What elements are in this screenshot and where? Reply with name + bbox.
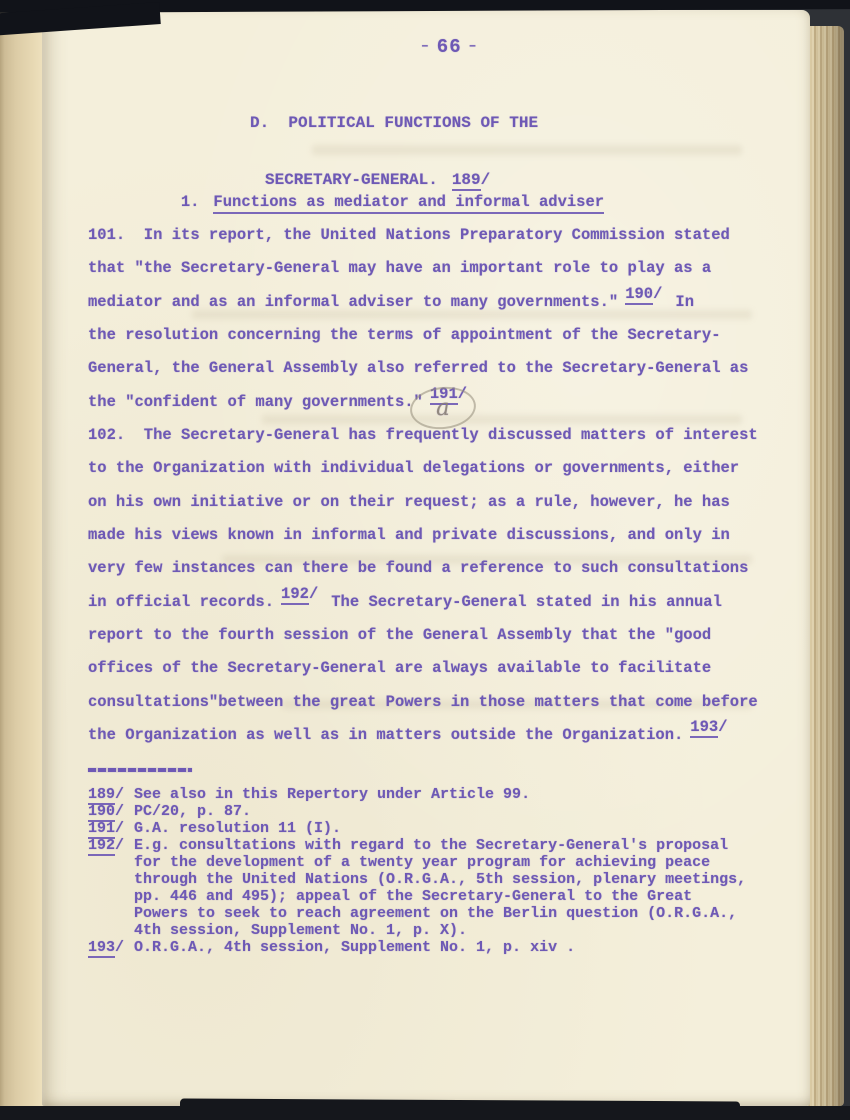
page-number-dash: –: [414, 38, 437, 53]
body-line: the Organization as well as in matters o…: [88, 725, 798, 758]
footnote-separator: [88, 768, 192, 772]
footnote-number: 190/: [88, 803, 134, 820]
document-page: –66– D. POLITICAL FUNCTIONS OF THE SECRE…: [42, 10, 810, 1106]
footnote-number: 191/: [88, 820, 134, 837]
footnote-item: 191/ G.A. resolution 11 (I).: [88, 820, 808, 837]
footnote-line: See also in this Repertory under Article…: [134, 786, 808, 803]
page-number: –66–: [322, 14, 502, 80]
body-line: very few instances can there be found a …: [88, 558, 798, 591]
footnote-ref-193: 193/: [690, 717, 727, 738]
body-line: mediator and as an informal adviser to m…: [88, 292, 798, 325]
footnote-ref-190: 190/: [625, 284, 662, 305]
footnote-line: G.A. resolution 11 (I).: [134, 820, 808, 837]
footnote-line: through the United Nations (O.R.G.A., 5t…: [134, 871, 808, 888]
page-edge-stack: [806, 26, 844, 1106]
annotation-letter: a: [436, 395, 451, 421]
body-line: report to the fourth session of the Gene…: [88, 625, 798, 658]
body-line: on his own initiative or on their reques…: [88, 492, 798, 525]
body-text: 101. In its report, the United Nations P…: [88, 225, 798, 759]
footnote-item: 189/ See also in this Repertory under Ar…: [88, 786, 808, 803]
footnote-line: PC/20, p. 87.: [134, 803, 808, 820]
footnote-line: 4th session, Supplement No. 1, p. X).: [134, 922, 808, 939]
footnote-item: 190/ PC/20, p. 87.: [88, 803, 808, 820]
footnote-number: 192/: [88, 837, 134, 939]
subsection-number: 1.: [181, 193, 200, 211]
footnote-line: pp. 446 and 495); appeal of the Secretar…: [134, 888, 808, 905]
footnote-number: 193/: [88, 939, 134, 956]
footnote-line: Powers to seek to reach agreement on the…: [134, 905, 808, 922]
body-line: the resolution concerning the terms of a…: [88, 325, 798, 358]
subsection-heading: 1.Functions as mediator and informal adv…: [125, 175, 604, 229]
footnote-item: 193/ O.R.G.A., 4th session, Supplement N…: [88, 939, 808, 956]
book-gutter-page-edge: [0, 6, 46, 1112]
body-line: offices of the Secretary-General are alw…: [88, 658, 798, 691]
footnote-item: 192/ E.g. consultations with regard to t…: [88, 837, 808, 939]
footnote-line: for the development of a twenty year pro…: [134, 854, 808, 871]
footnote-number: 189/: [88, 786, 134, 803]
footnotes: 189/ See also in this Repertory under Ar…: [88, 786, 808, 956]
section-heading-line1: D. POLITICAL FUNCTIONS OF THE: [250, 114, 538, 133]
body-line: 102. The Secretary-General has frequentl…: [88, 425, 798, 458]
scanned-document: –66– D. POLITICAL FUNCTIONS OF THE SECRE…: [0, 0, 850, 1120]
scan-background-bottom: [0, 1106, 850, 1120]
footnote-line: O.R.G.A., 4th session, Supplement No. 1,…: [134, 939, 808, 956]
subsection-title: Functions as mediator and informal advis…: [213, 193, 604, 214]
page-number-value: 66: [437, 36, 462, 58]
page-number-dash: –: [462, 38, 485, 53]
body-line: that "the Secretary-General may have an …: [88, 258, 798, 291]
footnote-line: E.g. consultations with regard to the Se…: [134, 837, 808, 854]
body-line: 101. In its report, the United Nations P…: [88, 225, 798, 258]
body-line: to the Organization with individual dele…: [88, 458, 798, 491]
body-line: made his views known in informal and pri…: [88, 525, 798, 558]
footnote-ref-192: 192/: [281, 584, 318, 605]
body-line: in official records.192/The Secretary-Ge…: [88, 592, 798, 625]
